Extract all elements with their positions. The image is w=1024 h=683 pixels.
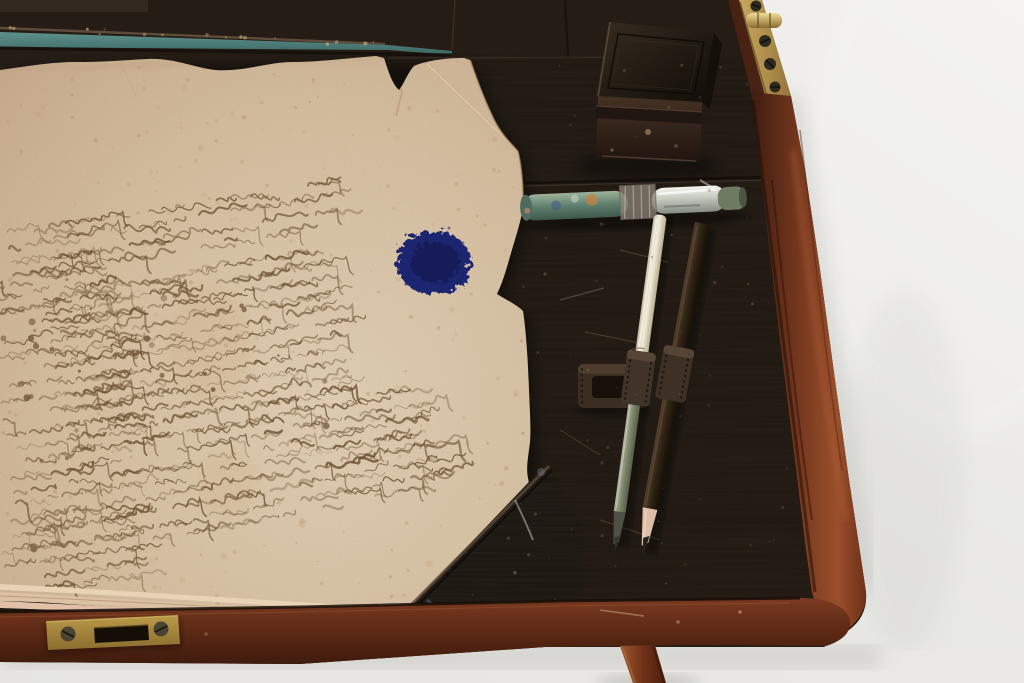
foxing-dot xyxy=(111,450,114,453)
foxing-dot xyxy=(35,112,41,118)
foxing-dot xyxy=(329,253,333,257)
foxing-dot xyxy=(202,192,207,197)
foxing-dot xyxy=(492,168,496,172)
ink-dot xyxy=(78,370,81,373)
ink-dot xyxy=(119,403,123,407)
grey-smudge xyxy=(537,468,545,476)
ink-dot xyxy=(322,379,327,384)
foxing-dot xyxy=(62,247,64,249)
dust-speckle xyxy=(559,65,560,66)
foxing-dot xyxy=(230,111,234,115)
dust-speckle xyxy=(571,529,572,530)
dust-speckle xyxy=(538,540,539,541)
ink-dot xyxy=(203,372,207,376)
ink-dot xyxy=(55,298,61,304)
foxing-dot xyxy=(206,122,208,124)
foxing-dot xyxy=(71,115,75,119)
dust-speckle xyxy=(616,387,617,388)
dust-speckle xyxy=(699,334,701,336)
dust-speckle xyxy=(727,388,728,389)
dust-speckle xyxy=(773,539,775,541)
foxing-dot xyxy=(193,159,198,164)
dust-speckle xyxy=(634,136,636,138)
foxing-dot xyxy=(390,595,393,598)
dust-speckle xyxy=(769,540,770,541)
dust-speckle xyxy=(574,115,576,117)
foxing-dot xyxy=(263,545,265,547)
ink-dot xyxy=(74,428,78,432)
foxing-dot xyxy=(393,135,400,142)
foxing-dot xyxy=(299,518,305,524)
foxing-dot xyxy=(154,312,159,317)
dust-speckle xyxy=(604,223,606,225)
foxing-dot xyxy=(292,351,295,354)
foxing-dot xyxy=(260,233,262,235)
foxing-dot xyxy=(142,86,146,90)
ink-dot xyxy=(144,335,151,342)
inkwell-scuff xyxy=(610,148,613,151)
foxing-dot xyxy=(184,385,188,389)
dust-speckle xyxy=(623,460,625,462)
foxing-dot xyxy=(379,165,381,167)
foxing-dot xyxy=(158,181,159,182)
foxing-dot xyxy=(154,557,158,561)
dust-speckle xyxy=(781,506,784,509)
foxing-dot xyxy=(261,128,263,130)
foxing-dot xyxy=(475,462,477,464)
foxing-dot xyxy=(14,414,17,417)
scuff-dot xyxy=(104,29,106,31)
scuff-dot xyxy=(239,35,242,38)
foxing-dot xyxy=(408,106,412,110)
foxing-dot xyxy=(449,307,455,313)
scuff-dot xyxy=(143,33,147,37)
ink-dot xyxy=(29,318,36,325)
hinge-barrel xyxy=(746,13,782,28)
dust-speckle xyxy=(545,236,548,239)
foxing-dot xyxy=(97,412,101,416)
ink-dot xyxy=(132,353,139,360)
dust-speckle xyxy=(751,302,754,305)
dust-speckle xyxy=(713,281,716,284)
foxing-dot xyxy=(91,516,93,518)
foxing-dot xyxy=(185,78,189,82)
foxing-dot xyxy=(392,89,394,91)
inkwell-lid-top xyxy=(598,22,714,102)
foxing-dot xyxy=(389,575,392,578)
foxing-dot xyxy=(478,497,481,500)
foxing-dot xyxy=(470,292,473,295)
dust-speckle xyxy=(570,354,572,356)
ink-dot xyxy=(83,390,86,393)
foxing-dot xyxy=(201,545,203,547)
foxing-dot xyxy=(129,455,132,458)
foxing-dot xyxy=(436,326,440,330)
loop-scuff xyxy=(587,369,590,372)
foxing-dot xyxy=(322,167,325,170)
dust-speckle xyxy=(679,415,682,418)
foxing-dot xyxy=(20,104,22,106)
ink-dot xyxy=(28,335,34,341)
dust-speckle xyxy=(635,394,636,395)
foxing-dot xyxy=(352,135,354,137)
foxing-dot xyxy=(56,249,60,253)
foxing-dot xyxy=(70,77,74,81)
dust-speckle xyxy=(622,218,624,220)
foxing-dot xyxy=(420,424,422,426)
foxing-dot xyxy=(42,106,45,109)
foxing-dot xyxy=(371,420,374,423)
foxing-dot xyxy=(2,431,6,435)
dust-speckle xyxy=(719,66,721,68)
ink-dot xyxy=(1,335,7,341)
dust-speckle xyxy=(513,571,517,575)
dust-speckle xyxy=(738,281,739,282)
foxing-dot xyxy=(396,277,400,281)
foxing-dot xyxy=(486,442,489,445)
dust-speckle xyxy=(655,202,657,204)
foxing-dot xyxy=(19,150,23,154)
foxing-dot xyxy=(483,223,486,226)
scuff-dot xyxy=(326,43,329,46)
ink-dot xyxy=(159,373,164,378)
dust-speckle xyxy=(708,189,711,192)
ink-dot xyxy=(33,329,36,332)
dust-speckle xyxy=(786,467,788,469)
dust-speckle xyxy=(707,404,710,407)
foxing-dot xyxy=(295,542,297,544)
foxing-dot xyxy=(405,521,409,525)
dust-speckle xyxy=(601,534,604,537)
foxing-dot xyxy=(23,361,28,366)
dust-speckle xyxy=(667,105,671,109)
dust-speckle xyxy=(586,439,588,441)
ink-dot xyxy=(33,343,39,349)
foxing-dot xyxy=(247,404,249,406)
foxing-dot xyxy=(159,587,162,590)
foxing-dot xyxy=(155,190,157,192)
scuff-dot xyxy=(372,41,374,43)
foxing-dot xyxy=(200,553,202,555)
dust-speckle xyxy=(623,69,626,72)
foxing-dot xyxy=(151,547,154,550)
ink-dot xyxy=(173,293,179,299)
foxing-dot xyxy=(125,181,131,187)
ink-blot xyxy=(394,229,468,291)
foxing-dot xyxy=(358,581,361,584)
foxing-dot xyxy=(425,560,432,567)
foxing-dot xyxy=(277,500,282,505)
foxing-dot xyxy=(272,73,275,76)
foxing-dot xyxy=(225,570,228,573)
foxing-dot xyxy=(436,110,439,113)
foxing-dot xyxy=(137,289,140,292)
foxing-dot xyxy=(497,170,500,173)
edge-scuff xyxy=(204,632,207,635)
foxing-dot xyxy=(405,370,407,372)
foxing-dot xyxy=(294,106,298,110)
foxing-dot xyxy=(210,585,212,587)
foxing-dot xyxy=(366,392,370,396)
dust-speckle xyxy=(527,553,530,556)
foxing-dot xyxy=(343,531,345,533)
foxing-dot xyxy=(454,332,458,336)
foxing-dot xyxy=(152,585,156,589)
foxing-dot xyxy=(456,208,460,212)
edge-scuff xyxy=(738,610,742,614)
scuff-dot xyxy=(9,26,12,29)
foxing-dot xyxy=(68,495,72,499)
foxing-dot xyxy=(395,385,400,390)
ink-dot xyxy=(241,307,246,312)
scuff-dot xyxy=(274,37,276,39)
dust-speckle xyxy=(658,521,660,523)
foxing-dot xyxy=(265,184,269,188)
scuff-dot xyxy=(86,28,89,31)
ink-dot xyxy=(277,354,280,357)
photo-stage xyxy=(0,0,1024,683)
foxing-dot xyxy=(271,441,273,443)
foxing-dot xyxy=(181,84,188,91)
foxing-dot xyxy=(504,466,508,470)
scuff-dot xyxy=(12,27,15,30)
foxing-dot xyxy=(215,200,219,204)
foxing-dot xyxy=(249,161,251,163)
dust-speckle xyxy=(679,393,681,395)
foxing-dot xyxy=(476,215,479,218)
scuff-dot xyxy=(161,33,164,36)
foxing-dot xyxy=(214,139,218,143)
dust-speckle xyxy=(698,498,701,501)
foxing-dot xyxy=(8,410,12,414)
foxing-dot xyxy=(97,181,100,184)
foxing-dot xyxy=(374,393,377,396)
foxing-dot xyxy=(242,115,246,119)
foxing-dot xyxy=(6,512,11,517)
foxing-dot xyxy=(456,174,459,177)
foxing-dot xyxy=(94,138,98,142)
foxing-dot xyxy=(71,94,74,97)
foxing-dot xyxy=(53,490,57,494)
dust-speckle xyxy=(600,222,604,226)
dust-speckle xyxy=(600,461,604,465)
ink-dot xyxy=(65,456,69,460)
dust-speckle xyxy=(684,563,687,566)
scuff-dot xyxy=(225,36,227,38)
foxing-dot xyxy=(149,557,154,562)
foxing-dot xyxy=(523,445,525,447)
ink-dot xyxy=(50,347,55,352)
ink-blot-core xyxy=(407,239,457,279)
ink-dot xyxy=(160,295,167,302)
foxing-dot xyxy=(309,101,311,103)
foxing-dot xyxy=(452,338,455,341)
foxing-dot xyxy=(74,203,76,205)
scuff-dot xyxy=(363,42,367,46)
foxing-dot xyxy=(156,170,158,172)
dust-speckle xyxy=(534,512,537,515)
foxing-dot xyxy=(370,270,372,272)
foxing-dot xyxy=(386,184,390,188)
dust-speckle xyxy=(542,209,544,211)
foxing-dot xyxy=(325,450,329,454)
foxing-dot xyxy=(303,319,304,320)
foxing-dot xyxy=(398,455,401,458)
foxing-dot xyxy=(307,389,309,391)
ink-dot xyxy=(149,342,155,348)
dust-speckle xyxy=(606,446,609,449)
foxing-dot xyxy=(214,119,218,123)
ink-dot xyxy=(65,278,68,281)
foxing-dot xyxy=(107,581,109,583)
ink-dot xyxy=(211,387,216,392)
dust-speckle xyxy=(663,488,664,489)
ink-dot xyxy=(21,382,24,385)
scuff-dot xyxy=(98,33,100,35)
foxing-dot xyxy=(377,290,380,293)
scuff-dot xyxy=(243,37,245,39)
foxing-dot xyxy=(136,211,140,215)
dust-speckle xyxy=(721,265,723,267)
foxing-dot xyxy=(50,576,53,579)
foxing-dot xyxy=(454,182,458,186)
ink-dot xyxy=(90,308,93,311)
foxing-dot xyxy=(305,204,309,208)
foxing-dot xyxy=(137,66,141,70)
foxing-dot xyxy=(513,390,519,396)
foxing-dot xyxy=(409,315,413,319)
foxing-dot xyxy=(350,359,352,361)
foxing-dot xyxy=(312,78,316,82)
foxing-dot xyxy=(16,313,18,315)
dust-speckle xyxy=(615,565,617,567)
foxing-dot xyxy=(431,223,435,227)
dust-speckle xyxy=(548,558,549,559)
foxing-dot xyxy=(520,340,523,343)
dust-speckle xyxy=(680,332,681,333)
foxing-dot xyxy=(343,83,346,86)
foxing-dot xyxy=(221,553,227,559)
dust-speckle xyxy=(746,83,748,85)
foxing-dot xyxy=(129,581,131,583)
foxing-dot xyxy=(317,96,319,98)
foxing-dot xyxy=(189,280,193,284)
foxing-dot xyxy=(440,525,441,526)
dust-speckle xyxy=(661,542,663,544)
foxing-dot xyxy=(390,549,393,552)
dust-speckle xyxy=(665,583,667,585)
dust-speckle xyxy=(699,96,702,99)
dust-speckle xyxy=(522,286,524,288)
ink-dot xyxy=(87,358,90,361)
foxing-dot xyxy=(155,105,160,110)
dust-speckle xyxy=(747,283,749,285)
foxing-dot xyxy=(462,416,465,419)
upper-panel-edge xyxy=(0,0,148,12)
foxing-dot xyxy=(197,145,204,152)
edge-scuff xyxy=(676,620,680,624)
foxing-dot xyxy=(167,536,171,540)
foxing-dot xyxy=(387,128,391,132)
foxing-dot xyxy=(85,129,87,131)
ink-dot xyxy=(40,459,44,463)
inkwell-scuff xyxy=(645,129,651,135)
dust-speckle xyxy=(709,374,712,377)
foxing-dot xyxy=(229,218,232,221)
foxing-dot xyxy=(240,160,244,164)
dust-speckle xyxy=(569,124,571,126)
dust-speckle xyxy=(651,256,654,259)
foxing-dot xyxy=(111,148,114,151)
foxing-dot xyxy=(7,119,11,123)
foxing-dot xyxy=(493,484,495,486)
foxing-dot xyxy=(103,64,105,66)
foxing-dot xyxy=(392,207,395,210)
dust-speckle xyxy=(579,442,580,443)
ink-dot xyxy=(323,423,330,430)
dust-speckle xyxy=(519,503,521,505)
foxing-dot xyxy=(329,451,332,454)
foxing-dot xyxy=(301,129,306,134)
inkwell-scuff xyxy=(674,144,678,148)
foxing-dot xyxy=(224,343,228,347)
foxing-dot xyxy=(408,332,410,334)
foxing-dot xyxy=(259,101,263,105)
foxing-dot xyxy=(182,405,186,409)
foxing-dot xyxy=(208,197,211,200)
dust-speckle xyxy=(521,432,524,435)
brass-strike-plate xyxy=(44,615,183,654)
foxing-dot xyxy=(320,582,324,586)
foxing-dot xyxy=(384,235,386,237)
foxing-dot xyxy=(12,202,14,204)
dust-speckle xyxy=(746,216,747,217)
ink-dot xyxy=(30,545,37,552)
inkwell-front xyxy=(596,96,702,162)
foxing-dot xyxy=(120,489,123,492)
foxing-dot xyxy=(83,582,86,585)
dust-speckle xyxy=(680,64,683,67)
scuff-dot xyxy=(205,33,209,37)
foxing-dot xyxy=(402,593,406,597)
foxing-dot xyxy=(232,550,236,554)
photograph xyxy=(0,0,1024,683)
dust-speckle xyxy=(750,544,752,546)
foxing-dot xyxy=(180,127,183,130)
foxing-dot xyxy=(149,170,153,174)
foxing-dot xyxy=(407,569,411,573)
dust-speckle xyxy=(472,594,474,596)
foxing-dot xyxy=(255,336,259,340)
foxing-dot xyxy=(142,383,144,385)
foxing-dot xyxy=(12,577,14,579)
dust-speckle xyxy=(595,280,597,282)
foxing-dot xyxy=(178,166,180,168)
foxing-dot xyxy=(189,269,193,273)
dust-speckle xyxy=(543,272,546,275)
dust-speckle xyxy=(671,234,673,236)
dust-speckle xyxy=(537,351,539,353)
foxing-dot xyxy=(233,217,237,221)
foxing-dot xyxy=(504,248,508,252)
foxing-dot xyxy=(289,239,293,243)
ink-dot xyxy=(23,394,30,401)
foxing-dot xyxy=(499,481,503,485)
foxing-dot xyxy=(289,128,291,130)
foxing-dot xyxy=(422,429,426,433)
foxing-dot xyxy=(137,134,141,138)
foxing-dot xyxy=(106,454,108,456)
